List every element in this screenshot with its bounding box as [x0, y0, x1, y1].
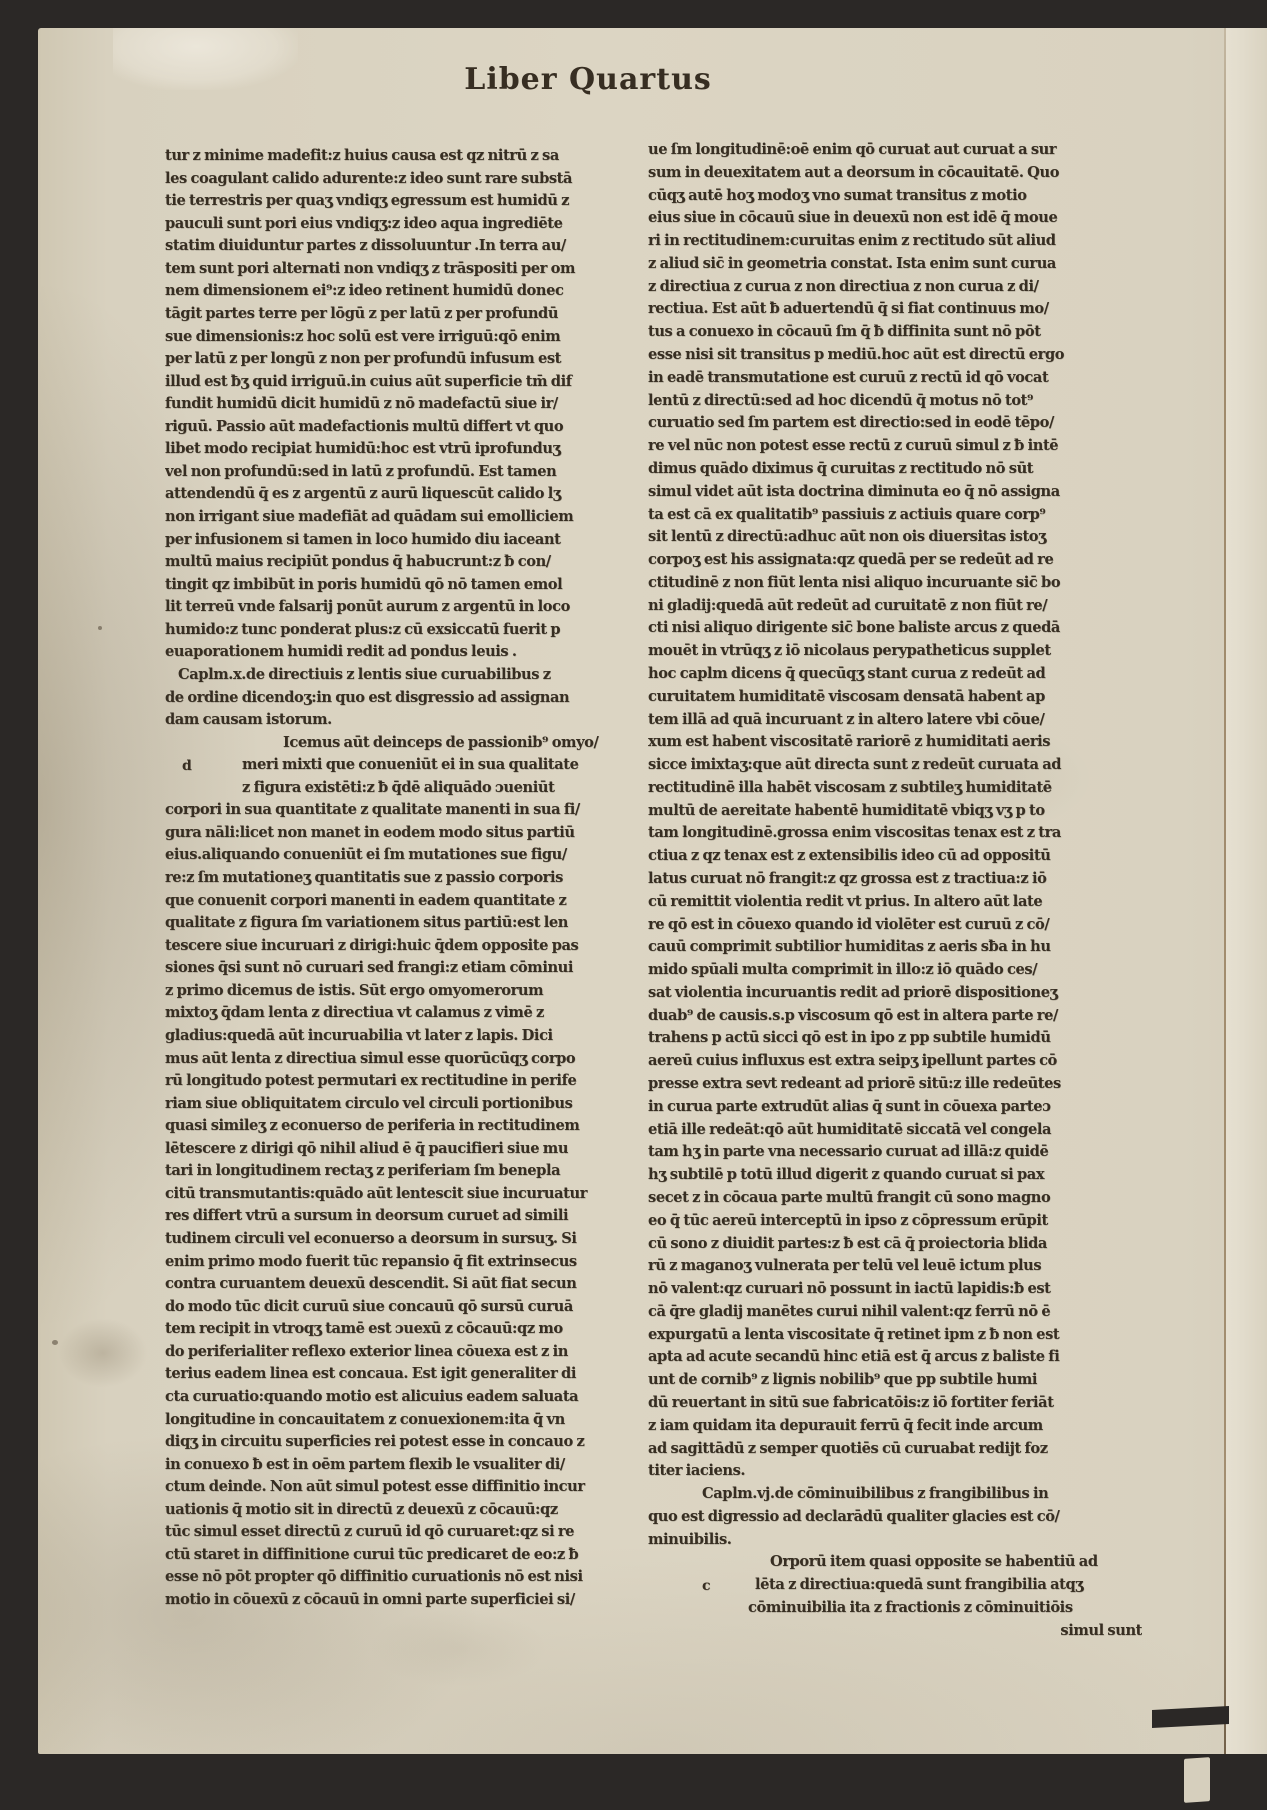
text-line: cūqʒ autē hoʒ modoʒ vno sumat transitus … [648, 185, 1142, 208]
text-line: xum est habent viscositatē rariorē z hum… [648, 731, 1142, 754]
text-line: siones q̄si sunt nō curuari sed frangi:z… [165, 957, 621, 980]
text-line: sue dimensionis:z hoc solū est vere irri… [165, 326, 621, 349]
text-line: uationis q̄ motio sit in directū z deuex… [165, 1499, 621, 1522]
text-line: vel non profundū:sed in latū z profundū.… [165, 461, 621, 484]
text-line: humido:z tunc ponderat plus:z cū exsicca… [165, 619, 621, 642]
text-line: esse nō pōt propter qō diffinitio curuat… [165, 1566, 621, 1589]
text-line: titer iaciens. [648, 1460, 1142, 1483]
text-line: multū de aereitate habentē humiditatē vb… [648, 800, 1142, 823]
text-line: cti nisi aliquo dirigente sic̄ bone bali… [648, 617, 1142, 640]
text-line: do periferialiter reflexo exterior linea… [165, 1341, 621, 1364]
text-line: terius eadem linea est concaua. Est igit… [165, 1363, 621, 1386]
paper-speck [52, 1340, 58, 1345]
text-line: tie terrestris per quaʒ vndiqʒ egressum … [165, 190, 621, 213]
text-line: expurgatū a lenta viscositate q̄ retinet… [648, 1324, 1142, 1347]
text-line: latus curuat nō frangit:z qz grossa est … [648, 868, 1142, 891]
text-line: z iam quidam ita depurauit ferrū q̄ feci… [648, 1415, 1142, 1438]
text-line: rectitudinē illa habēt viscosam z subtil… [648, 777, 1142, 800]
text-line: z primo dicemus de istis. Sūt ergo omyom… [165, 980, 621, 1003]
text-line: mus aūt lenta z directiua simul esse quo… [165, 1048, 621, 1071]
text-line: res differt vtrū a sursum in deorsum cur… [165, 1205, 621, 1228]
text-line: tem sunt pori alternati non vndiqʒ z trā… [165, 258, 621, 281]
text-line: ta est cā ex qualitatib⁹ passiuis z acti… [648, 504, 1142, 527]
text-line: unt de cornib⁹ z lignis nobilib⁹ que pp … [648, 1369, 1142, 1392]
text-line: dimus quādo diximus q̄ curuitas z rectit… [648, 458, 1142, 481]
text-line: non irrigant siue madefiāt ad quādam sui… [165, 506, 621, 529]
text-line: gladius:quedā aūt incuruabilia vt later … [165, 1025, 621, 1048]
text-line: mido spūali multa comprimit in illo:z iō… [648, 959, 1142, 982]
text-line: mixtoʒ q̄dam lenta z directiua vt calamu… [165, 1002, 621, 1025]
text-line: trahens p actū sicci qō est in ipo z pp … [648, 1027, 1142, 1050]
text-line: rū longitudo potest permutari ex rectitu… [165, 1070, 621, 1093]
text-line: tem illā ad quā incuruant z in altero la… [648, 709, 1142, 732]
text-line: pauculi sunt pori eius vndiqʒ:z ideo aqu… [165, 213, 621, 236]
text-line: cōminuibilia ita z fractionis z cōminuit… [648, 1597, 1142, 1620]
text-line: les coagulant calido adurente:z ideo sun… [165, 168, 621, 191]
text-line: in curua parte extrudūt alias q̄ sunt in… [648, 1096, 1142, 1119]
text-line: eo q̄ tūc aereū interceptū in ipso z cōp… [648, 1210, 1142, 1233]
text-line: tari in longitudinem rectaʒ z periferiam… [165, 1160, 621, 1183]
text-line: contra curuantem deuexū descendit. Si aū… [165, 1273, 621, 1296]
text-line: z figura existēti:z ƀ q̄dē aliquādo ɔuen… [165, 777, 621, 800]
text-line: hoc caplm dicens q̄ quecūqʒ stant curua … [648, 663, 1142, 686]
text-line: cū remittit violentia redit vt prius. In… [648, 891, 1142, 914]
text-column-left: tur z minime madefit:z huius causa est q… [165, 145, 621, 1647]
book-page-paper: Liber Quartus tur z minime madefit:z hui… [38, 28, 1267, 1754]
text-line: simul sunt [648, 1620, 1142, 1643]
text-line: rectiua. Est aūt ƀ aduertendū q̄ si fiat… [648, 298, 1142, 321]
text-line: riam siue obliquitatem circulo vel circu… [165, 1093, 621, 1116]
text-line: dam causam istorum. [165, 709, 621, 732]
text-line: minuibilis. [648, 1529, 1142, 1552]
text-line: rū z maganoʒ vulnerata per telū vel leuē… [648, 1255, 1142, 1278]
text-line: que conuenit corpori manenti in eadem qu… [165, 890, 621, 913]
text-line: riguū. Passio aūt madefactionis multū di… [165, 416, 621, 439]
text-line: tūc simul esset directū z curuū id qō cu… [165, 1521, 621, 1544]
text-line: do modo tūc dicit curuū siue concauū qō … [165, 1296, 621, 1319]
text-line: quo est digressio ad declarādū qualiter … [648, 1506, 1142, 1529]
text-line: de ordine dicendoʒ:in quo est disgressio… [165, 687, 621, 710]
text-line: sat violentia incuruantis redit ad prior… [648, 982, 1142, 1005]
text-line: per latū z per longū z non per profundū … [165, 348, 621, 371]
paper-speck [98, 626, 102, 630]
text-line: in eadē transmutatione est curuū z rectū… [648, 367, 1142, 390]
text-line: gura nāli:licet non manet in eodem modo … [165, 822, 621, 845]
text-line: presse extra sevt redeant ad priorē sitū… [648, 1073, 1142, 1096]
text-line: in conuexo ƀ est in oēm partem flexib le… [165, 1454, 621, 1477]
text-line: eius.aliquando conueniūt ei ſm mutatione… [165, 844, 621, 867]
text-line: corpoʒ est his assignata:qz quedā per se… [648, 549, 1142, 572]
page-header: Liber Quartus [308, 62, 868, 97]
text-line: tudinem circuli vel econuerso a deorsum … [165, 1228, 621, 1251]
text-line: tam hʒ in parte vna necessario curuat ad… [648, 1141, 1142, 1164]
text-line: statim diuiduntur partes z dissoluuntur … [165, 235, 621, 258]
page-crease-line [1224, 28, 1226, 1754]
text-line: dmeri mixti que conueniūt ei in sua qual… [165, 754, 621, 777]
text-line: ctū staret in diffinitione curui tūc pre… [165, 1544, 621, 1567]
margin-guide-letter: c [702, 1575, 710, 1598]
text-column-right: ue ſm longitudinē:oē enim qō curuat aut … [648, 139, 1142, 1674]
text-line: multū maius recipiūt pondus q̄ habucrunt… [165, 551, 621, 574]
text-line: hʒ subtilē p totū illud digerit z quando… [648, 1164, 1142, 1187]
text-line: longitudine in concauitatem z conuexione… [165, 1409, 621, 1432]
text-line: simul videt aūt ista doctrina diminuta e… [648, 481, 1142, 504]
text-line: ctitudinē z non fiūt lenta nisi aliquo i… [648, 572, 1142, 595]
text-line: ctum deinde. Non aūt simul potest esse d… [165, 1476, 621, 1499]
text-line: citū transmutantis:quādo aūt lentescit s… [165, 1183, 621, 1206]
text-line: libet modo recipiat humidū:hoc est vtrū … [165, 438, 621, 461]
text-line: tescere siue incuruari z dirigi:huic q̄d… [165, 935, 621, 958]
text-line: enim primo modo fuerit tūc repansio q̄ f… [165, 1251, 621, 1274]
text-line: illud est ƀʒ quid irriguū.in cuius aūt s… [165, 371, 621, 394]
text-line: etiā ille redeāt:qō aūt humiditatē sicca… [648, 1119, 1142, 1142]
text-line: z directiua z curua z non directiua z no… [648, 276, 1142, 299]
text-line: cta curuatio:quando motio est alicuius e… [165, 1386, 621, 1409]
text-line: curuatio sed ſm partem est directio:sed … [648, 412, 1142, 435]
text-line: apta ad acute secandū hinc etiā est q̄ a… [648, 1346, 1142, 1369]
text-line: attendendū q̄ es z argentū z aurū liques… [165, 483, 621, 506]
text-line: corpori in sua quantitate z qualitate ma… [165, 799, 621, 822]
text-line: Caplm.vj.de cōminuibilibus z frangibilib… [648, 1483, 1142, 1506]
text-line: ue ſm longitudinē:oē enim qō curuat aut … [648, 139, 1142, 162]
text-line: tāgit partes terre per lōgū z per latū z… [165, 303, 621, 326]
text-line: ctiua z qz tenax est z extensibilis ideo… [648, 845, 1142, 868]
text-line: curuitatem humiditatē viscosam densatā h… [648, 686, 1142, 709]
text-line: re qō est in cōuexo quando id violēter e… [648, 914, 1142, 937]
text-line: sicce imixtaʒ:que aūt directa sunt z red… [648, 754, 1142, 777]
text-line: motio in cōuexū z cōcauū in omni parte s… [165, 1589, 621, 1612]
text-line: aereū cuius influxus est extra seipʒ ipe… [648, 1050, 1142, 1073]
text-line: per infusionem si tamen in loco humido d… [165, 529, 621, 552]
margin-guide-letter: d [182, 755, 191, 778]
text-line: tingit qz imbibūt in poris humidū qō nō … [165, 574, 621, 597]
text-line: qualitate z figura ſm variationem situs … [165, 912, 621, 935]
text-line: duab⁹ de causis.s.p viscosum qō est in a… [648, 1005, 1142, 1028]
text-line: tem recipit in vtroqʒ tamē est ɔuexū z c… [165, 1318, 621, 1341]
page-edge-tab [1184, 1757, 1210, 1803]
text-line: ni gladij:quedā aūt redeūt ad curuitatē … [648, 595, 1142, 618]
text-line: tur z minime madefit:z huius causa est q… [165, 145, 621, 168]
text-line: diqʒ in circuitu superficies rei potest … [165, 1431, 621, 1454]
paper-stain [58, 1318, 148, 1388]
text-line: secet z in cōcaua parte multū frangit cū… [648, 1187, 1142, 1210]
text-line: lit terreū vnde falsarij ponūt aurum z a… [165, 596, 621, 619]
text-line: cū sono z diuidit partes:z ƀ est cā q̄ p… [648, 1233, 1142, 1256]
text-line: quasi simileʒ z econuerso de periferia i… [165, 1115, 621, 1138]
text-line: ad sagittādū z semper quotiēs cū curuaba… [648, 1438, 1142, 1461]
text-line: ri in rectitudinem:curuitas enim z recti… [648, 230, 1142, 253]
text-line: Icemus aūt deinceps de passionib⁹ omyo/ [165, 732, 621, 755]
text-line: esse nisi sit transitus p mediū.hoc aūt … [648, 344, 1142, 367]
text-line: Orporū item quasi opposite se habentiū a… [648, 1551, 1142, 1574]
text-line: clēta z directiua:quedā sunt frangibilia… [648, 1574, 1142, 1597]
fore-edge-paper-strip [1226, 28, 1267, 1754]
text-line: mouēt in vtrūqʒ z iō nicolaus perypathet… [648, 640, 1142, 663]
text-line: dū reuertant in sitū sue fabricatōis:z i… [648, 1392, 1142, 1415]
text-line: z aliud sic̄ in geometria constat. Ista … [648, 253, 1142, 276]
scanned-book-page: Liber Quartus tur z minime madefit:z hui… [0, 0, 1267, 1810]
text-line: cauū comprimit subtilior humiditas z aer… [648, 936, 1142, 959]
text-line: nō valent:qz curuari nō possunt in iactū… [648, 1278, 1142, 1301]
text-line: lentū z directū:sed ad hoc dicendū q̄ mo… [648, 390, 1142, 413]
text-line: sit lentū z directū:adhuc aūt non ois di… [648, 526, 1142, 549]
text-line: cā q̄re gladij manētes curui nihil valen… [648, 1301, 1142, 1324]
text-line: lētescere z dirigi qō nihil aliud ē q̄ p… [165, 1138, 621, 1161]
text-line: euaporationem humidi redit ad pondus leu… [165, 641, 621, 664]
text-line: re:z ſm mutationeʒ quantitatis sue z pas… [165, 867, 621, 890]
text-line: tam longitudinē.grossa enim viscositas t… [648, 822, 1142, 845]
text-line: nem dimensionem ei⁹:z ideo retinent humi… [165, 280, 621, 303]
text-line: fundit humidū dicit humidū z nō madefact… [165, 393, 621, 416]
corner-wear-patch [113, 28, 298, 90]
text-line: sum in deuexitatem aut a deorsum in cōca… [648, 162, 1142, 185]
text-line: re vel nūc non potest esse rectū z curuū… [648, 435, 1142, 458]
text-line: Caplm.x.de directiuis z lentis siue curu… [165, 664, 621, 687]
text-line: tus a conuexo in cōcauū ſm q̄ ƀ diffinit… [648, 321, 1142, 344]
text-line: eius siue in cōcauū siue in deuexū non e… [648, 207, 1142, 230]
